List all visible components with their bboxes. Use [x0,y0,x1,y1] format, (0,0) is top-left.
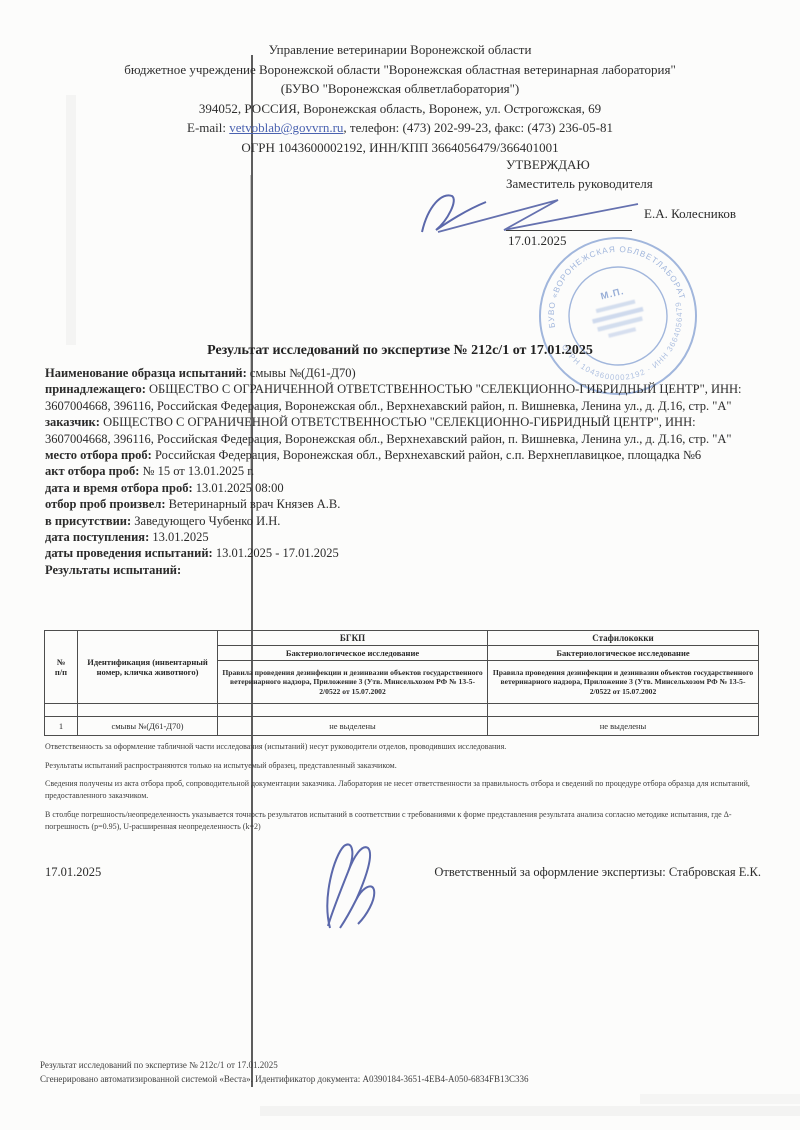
table-spacer-row [45,704,759,717]
footnote: Ответственность за оформление табличной … [45,741,759,753]
cell-bgkp-result: не выделены [218,717,488,736]
detail-row: принадлежащего: ОБЩЕСТВО С ОГРАНИЧЕННОЙ … [45,381,761,414]
scan-smudge-artifact [260,1106,800,1116]
footer-line2: Сгенерировано автоматизированной системо… [40,1072,760,1086]
detail-row: Наименование образца испытаний: смывы №(… [45,365,761,381]
standard-header-bgkp: Правила проведения дезинфекции и дезинва… [218,661,488,704]
org-header-line3: (БУВО "Воронежская облветлаборатория") [40,79,760,99]
group-header-bgkp: БГКП [218,631,488,646]
method-header-staph: Бактериологическое исследование [488,646,759,661]
sample-details: Наименование образца испытаний: смывы №(… [45,365,761,578]
detail-row: даты проведения испытаний: 13.01.2025 - … [45,545,761,561]
table-row: 1 смывы №(Д61-Д70) не выделены не выделе… [45,717,759,736]
org-address: 394052, РОССИЯ, Воронежская область, Вор… [40,99,760,119]
footnotes: Ответственность за оформление табличной … [45,741,759,839]
detail-row: заказчик: ОБЩЕСТВО С ОГРАНИЧЕННОЙ ОТВЕТС… [45,414,761,447]
detail-row: отбор проб произвел: Ветеринарный врач К… [45,496,761,512]
footnote: В столбце погрешность/неопределенность у… [45,809,759,833]
results-table: № п/п Идентификация (инвентарный номер, … [44,630,759,736]
method-header-bgkp: Бактериологическое исследование [218,646,488,661]
email-address: vetvoblab@govvrn.ru [229,120,343,135]
org-header-line2: бюджетное учреждение Воронежской области… [40,60,760,80]
cell-sample-id: смывы №(Д61-Д70) [78,717,218,736]
detail-row: дата поступления: 13.01.2025 [45,529,761,545]
group-header-staph: Стафилококки [488,631,759,646]
signing-date: 17.01.2025 [45,865,101,880]
footer-line1: Результат исследований по экспертизе № 2… [40,1058,760,1072]
stamp-illegible-lines [590,298,648,341]
document-footer: Результат исследований по экспертизе № 2… [40,1058,760,1086]
col-header-num: № п/п [45,631,78,704]
footnote: Сведения получены из акта отбора проб, с… [45,778,759,802]
detail-row: Результаты испытаний: [45,562,761,578]
document-title: Результат исследований по экспертизе № 2… [40,343,760,359]
standard-header-staph: Правила проведения дезинфекции и дезинва… [488,661,759,704]
stamp-center-text: М.П. [600,286,626,302]
cell-staph-result: не выделены [488,717,759,736]
col-header-identification: Идентификация (инвентарный номер, кличка… [78,631,218,704]
scanned-lab-report-page: Управление ветеринарии Воронежской облас… [0,0,800,1130]
cell-row-num: 1 [45,717,78,736]
scan-smudge-artifact [640,1094,800,1104]
detail-row: в присутствии: Заведующего Чубенко И.Н. [45,513,761,529]
phone-fax: , телефон: (473) 202-99-23, факс: (473) … [343,120,613,135]
org-contacts: E-mail: vetvoblab@govvrn.ru, телефон: (4… [40,118,760,138]
responsible-signature [312,838,387,933]
organization-header: Управление ветеринарии Воронежской облас… [40,40,760,157]
responsible-person: Ответственный за оформление экспертизы: … [385,865,761,880]
approve-word: УТВЕРЖДАЮ [506,155,653,174]
detail-row: акт отбора проб: № 15 от 13.01.2025 г. [45,463,761,479]
footnote: Результаты испытаний распространяются то… [45,760,759,772]
org-header-line1: Управление ветеринарии Воронежской облас… [40,40,760,60]
detail-row: дата и время отбора проб: 13.01.2025 08:… [45,480,761,496]
email-label: E-mail: [187,120,226,135]
detail-row: место отбора проб: Российская Федерация,… [45,447,761,463]
